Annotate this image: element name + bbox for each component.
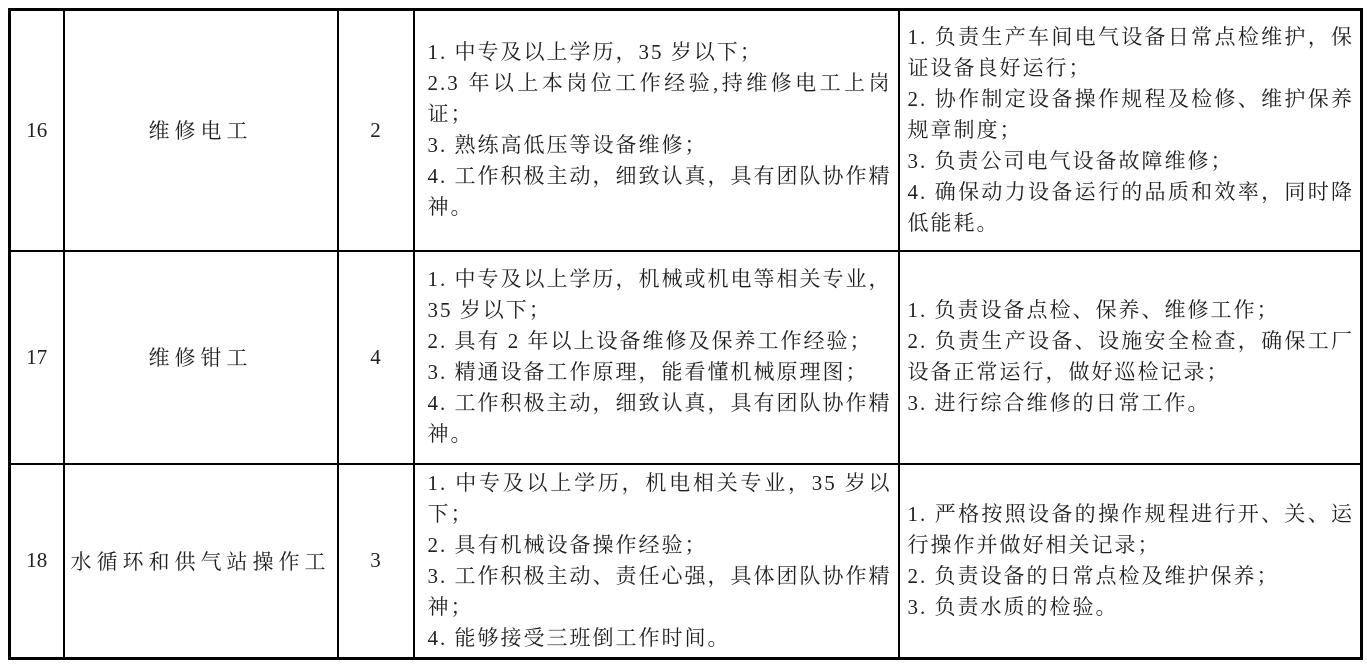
requirement-item: 1. 中专及以上学历，机械或机电等相关专业，35 岁以下； [428, 264, 892, 326]
row-number-cell: 17 [10, 251, 64, 464]
headcount-cell: 2 [338, 10, 414, 251]
requirements-cell: 1. 中专及以上学历，机械或机电等相关专业，35 岁以下； 2. 具有 2 年以… [414, 251, 899, 464]
duties-cell: 1. 负责设备点检、保养、维修工作； 2. 负责生产设备、设施安全检查，确保工厂… [899, 251, 1362, 464]
duty-item: 1. 负责生产车间电气设备日常点检维护，保证设备良好运行； [908, 22, 1355, 84]
duties-cell: 1. 负责生产车间电气设备日常点检维护，保证设备良好运行； 2. 协作制定设备操… [899, 10, 1362, 251]
duty-item: 2. 负责设备的日常点检及维护保养； [908, 561, 1355, 592]
table-row: 18 水循环和供气站操作工 3 1. 中专及以上学历，机电相关专业，35 岁以下… [10, 464, 1362, 659]
requirements-cell: 1. 中专及以上学历，机电相关专业，35 岁以下； 2. 具有机械设备操作经验；… [414, 464, 899, 659]
requirement-item: 4. 工作积极主动，细致认真，具有团队协作精神。 [428, 161, 892, 223]
requirement-item: 2. 具有机械设备操作经验； [428, 530, 892, 561]
requirement-item: 2.3 年以上本岗位工作经验,持维修电工上岗证； [428, 68, 892, 130]
duty-item: 3. 进行综合维修的日常工作。 [908, 388, 1355, 419]
duty-item: 3. 负责公司电气设备故障维修； [908, 146, 1355, 177]
duty-item: 4. 确保动力设备运行的品质和效率，同时降低能耗。 [908, 177, 1355, 239]
headcount-cell: 3 [338, 464, 414, 659]
duty-item: 2. 负责生产设备、设施安全检查，确保工厂设备正常运行，做好巡检记录； [908, 326, 1355, 388]
job-title-cell: 水循环和供气站操作工 [64, 464, 338, 659]
job-title-cell: 维修电工 [64, 10, 338, 251]
duty-item: 3. 负责水质的检验。 [908, 592, 1355, 623]
row-number-cell: 16 [10, 10, 64, 251]
duty-item: 2. 协作制定设备操作规程及检修、维护保养规章制度； [908, 84, 1355, 146]
requirement-item: 3. 熟练高低压等设备维修； [428, 130, 892, 161]
document-page: 16 维修电工 2 1. 中专及以上学历，35 岁以下； 2.3 年以上本岗位工… [8, 8, 1363, 660]
job-title-cell: 维修钳工 [64, 251, 338, 464]
requirements-cell: 1. 中专及以上学历，35 岁以下； 2.3 年以上本岗位工作经验,持维修电工上… [414, 10, 899, 251]
requirement-item: 4. 能够接受三班倒工作时间。 [428, 623, 892, 654]
requirement-item: 1. 中专及以上学历，35 岁以下； [428, 37, 892, 68]
requirement-item: 4. 工作积极主动，细致认真，具有团队协作精神。 [428, 388, 892, 450]
table-row: 16 维修电工 2 1. 中专及以上学历，35 岁以下； 2.3 年以上本岗位工… [10, 10, 1362, 251]
requirement-item: 1. 中专及以上学历，机电相关专业，35 岁以下； [428, 468, 892, 530]
requirement-item: 3. 工作积极主动、责任心强，具体团队协作精神； [428, 561, 892, 623]
row-number-cell: 18 [10, 464, 64, 659]
job-positions-table: 16 维修电工 2 1. 中专及以上学历，35 岁以下； 2.3 年以上本岗位工… [8, 8, 1363, 660]
requirement-item: 3. 精通设备工作原理，能看懂机械原理图； [428, 357, 892, 388]
table-row: 17 维修钳工 4 1. 中专及以上学历，机械或机电等相关专业，35 岁以下； … [10, 251, 1362, 464]
requirement-item: 2. 具有 2 年以上设备维修及保养工作经验； [428, 326, 892, 357]
duty-item: 1. 严格按照设备的操作规程进行开、关、运行操作并做好相关记录； [908, 499, 1355, 561]
duties-cell: 1. 严格按照设备的操作规程进行开、关、运行操作并做好相关记录； 2. 负责设备… [899, 464, 1362, 659]
duty-item: 1. 负责设备点检、保养、维修工作； [908, 295, 1355, 326]
headcount-cell: 4 [338, 251, 414, 464]
